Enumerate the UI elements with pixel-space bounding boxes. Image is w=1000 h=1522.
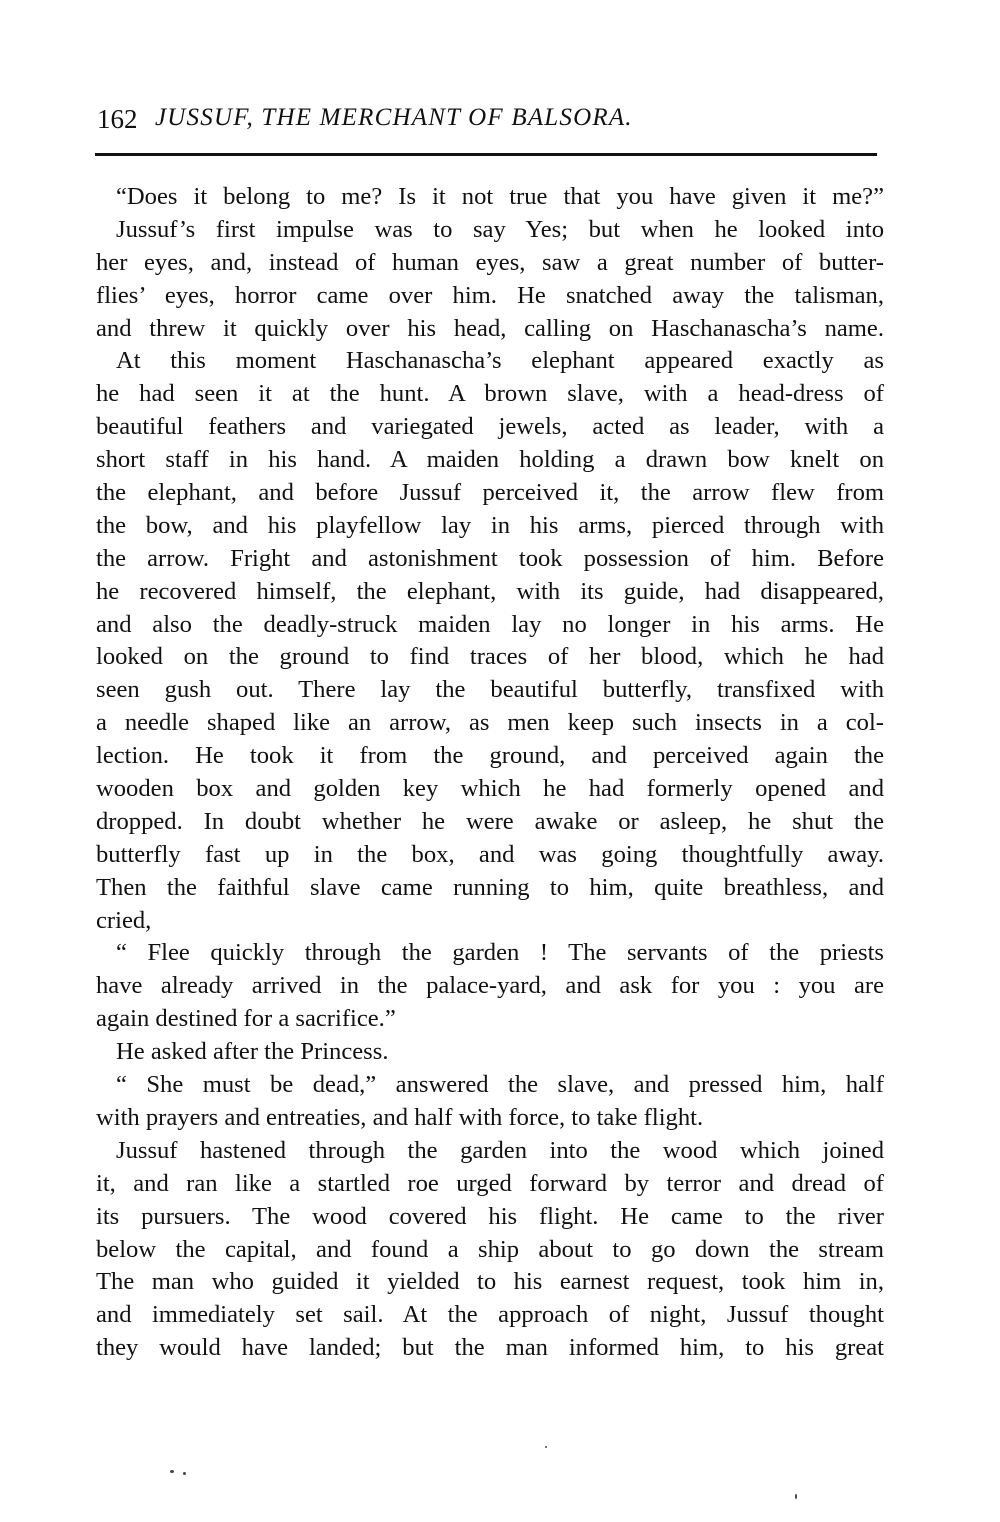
text-line: “ She must be dead,” answered the slave,… <box>96 1069 884 1102</box>
text-line: seen gush out. There lay the beautiful b… <box>96 674 884 707</box>
book-page: 162 JUSSUF, THE MERCHANT OF BALSORA. “Do… <box>0 0 1000 1522</box>
text-line: Jussuf hastened through the garden into … <box>96 1135 884 1168</box>
text-line: he recovered himself, the elephant, with… <box>96 576 884 609</box>
text-line: the arrow. Fright and astonishment took … <box>96 543 884 576</box>
running-title: JUSSUF, THE MERCHANT OF BALSORA. <box>155 104 633 132</box>
text-line: the bow, and his playfellow lay in his a… <box>96 510 884 543</box>
scan-speck <box>795 1494 797 1499</box>
text-line: below the capital, and found a ship abou… <box>96 1234 884 1267</box>
scan-speck <box>170 1470 174 1473</box>
text-line: Then the faithful slave came running to … <box>96 872 884 905</box>
header-rule <box>95 153 877 156</box>
text-line: and also the deadly-struck maiden lay no… <box>96 609 884 642</box>
text-line: her eyes, and, instead of human eyes, sa… <box>96 247 884 280</box>
text-line: it, and ran like a startled roe urged fo… <box>96 1168 884 1201</box>
running-header: 162 JUSSUF, THE MERCHANT OF BALSORA. <box>97 104 877 140</box>
page-number: 162 <box>97 104 138 135</box>
text-line: “Does it belong to me? Is it not true th… <box>96 181 884 214</box>
text-line: butterfly fast up in the box, and was go… <box>96 839 884 872</box>
text-line: dropped. In doubt whether he were awake … <box>96 806 884 839</box>
text-line: looked on the ground to find traces of h… <box>96 641 884 674</box>
text-line: and threw it quickly over his head, call… <box>96 313 884 346</box>
text-line: and immediately set sail. At the approac… <box>96 1299 884 1332</box>
scan-speck <box>545 1446 547 1448</box>
text-line: have already arrived in the palace-yard,… <box>96 970 884 1003</box>
text-line: with prayers and entreaties, and half wi… <box>96 1102 884 1135</box>
text-line: short staff in his hand. A maiden holdin… <box>96 444 884 477</box>
text-line: cried, <box>96 905 884 938</box>
text-line: “ Flee quickly through the garden ! The … <box>96 937 884 970</box>
body-text: “Does it belong to me? Is it not true th… <box>96 181 884 1365</box>
text-line: they would have landed; but the man info… <box>96 1332 884 1365</box>
text-line: its pursuers. The wood covered his fligh… <box>96 1201 884 1234</box>
text-line: he had seen it at the hunt. A brown slav… <box>96 378 884 411</box>
text-line: The man who guided it yielded to his ear… <box>96 1266 884 1299</box>
text-line: again destined for a sacrifice.” <box>96 1003 884 1036</box>
text-line: At this moment Haschanascha’s elephant a… <box>96 345 884 378</box>
text-line: He asked after the Princess. <box>96 1036 884 1069</box>
text-line: flies’ eyes, horror came over him. He sn… <box>96 280 884 313</box>
text-line: beautiful feathers and variegated jewels… <box>96 411 884 444</box>
scan-speck <box>183 1472 186 1475</box>
text-line: lection. He took it from the ground, and… <box>96 740 884 773</box>
text-line: a needle shaped like an arrow, as men ke… <box>96 707 884 740</box>
text-line: wooden box and golden key which he had f… <box>96 773 884 806</box>
text-line: Jussuf’s first impulse was to say Yes; b… <box>96 214 884 247</box>
text-line: the elephant, and before Jussuf perceive… <box>96 477 884 510</box>
